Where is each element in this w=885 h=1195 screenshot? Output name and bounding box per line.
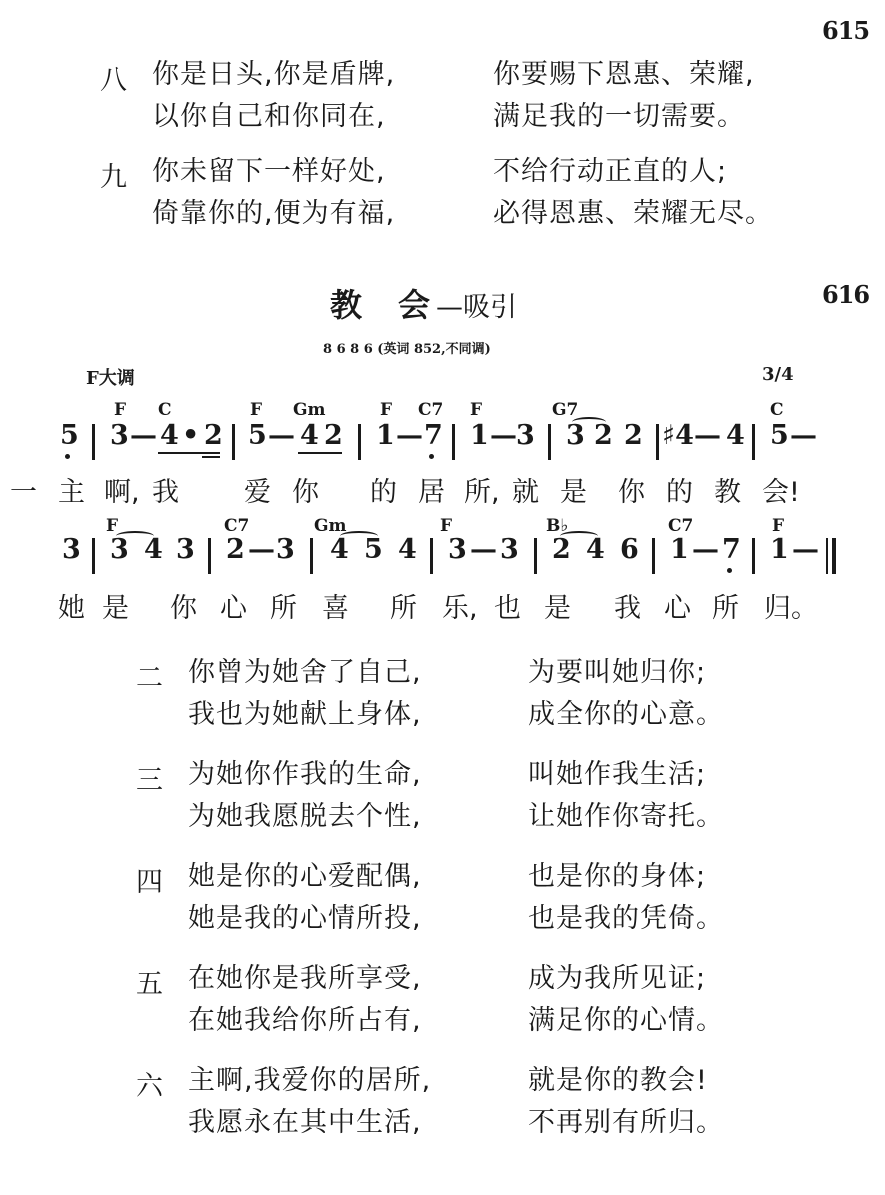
time-signature: 3/4 xyxy=(762,364,794,385)
note: 6 xyxy=(620,534,639,565)
verse-line-right: 满足你的心情。 xyxy=(528,1004,724,1038)
lyric: 就 xyxy=(512,470,539,509)
verse-line-left: 倚靠你的,便为有福, xyxy=(152,197,395,231)
barline xyxy=(430,538,433,574)
lyric: 是 xyxy=(560,470,587,509)
hymn-title: 教 会 xyxy=(330,286,432,324)
dash: — xyxy=(396,420,423,451)
chord: C xyxy=(770,400,784,420)
note: 5 xyxy=(248,420,267,451)
note: 3 xyxy=(566,420,585,451)
lyric: 的 xyxy=(666,470,693,509)
verse-number: 六 xyxy=(136,1064,163,1103)
chord: F xyxy=(380,400,392,420)
verse-line-right: 成全你的心意。 xyxy=(528,698,724,732)
note: 2 xyxy=(552,534,571,565)
note: 2 xyxy=(594,420,613,451)
chord: C xyxy=(158,400,172,420)
verse-number: 九 xyxy=(100,155,127,194)
chord: F xyxy=(114,400,126,420)
title-dash: — xyxy=(436,292,463,323)
verse-line-right: 必得恩惠、荣耀无尽。 xyxy=(493,197,773,231)
chord: C7 xyxy=(224,516,249,536)
hymn-subtitle: 吸引 xyxy=(463,292,517,323)
verse-line-right: 成为我所见证; xyxy=(528,962,706,996)
hymn-number: 616 xyxy=(822,280,869,309)
verse-line-left: 我愿永在其中生活, xyxy=(188,1106,422,1140)
note: 1 xyxy=(470,420,489,451)
underline-eighth xyxy=(158,452,220,454)
note: 4 xyxy=(586,534,605,565)
barline xyxy=(208,538,211,574)
dash: — xyxy=(790,420,817,451)
lyric: 一 xyxy=(10,470,37,509)
lyric: 我 xyxy=(152,470,179,509)
dash: — xyxy=(130,420,157,451)
note: 7 xyxy=(424,420,443,451)
underline-eighth xyxy=(298,452,342,454)
lyric: 心 xyxy=(220,586,247,625)
verse-line-right: 也是我的凭倚。 xyxy=(528,902,724,936)
note: 1 xyxy=(670,534,689,565)
lyric: 喜 xyxy=(322,586,349,625)
dash: — xyxy=(490,420,517,451)
barline xyxy=(652,538,655,574)
note: 7 xyxy=(722,534,741,565)
key-signature: F大调 xyxy=(86,364,135,390)
dash: — xyxy=(694,420,721,451)
verse-line-left: 你是日头,你是盾牌, xyxy=(152,58,395,92)
barline xyxy=(752,424,755,460)
note: 5 xyxy=(770,420,789,451)
lyric: 她 xyxy=(58,586,85,625)
lyric: 你 xyxy=(170,586,197,625)
chord: C7 xyxy=(668,516,693,536)
note: 3 xyxy=(176,534,195,565)
note: 4 xyxy=(144,534,163,565)
note: 3 xyxy=(500,534,519,565)
barline xyxy=(310,538,313,574)
barline xyxy=(92,424,95,460)
verse-line-right: 叫她作我生活; xyxy=(528,758,706,792)
verse-line-right: 也是你的身体; xyxy=(528,860,706,894)
note: 3 xyxy=(62,534,81,565)
lyric: 你 xyxy=(618,470,645,509)
chord: F xyxy=(440,516,452,536)
lyric: 是 xyxy=(102,586,129,625)
verse-line-right: 你要赐下恩惠、荣耀, xyxy=(493,58,755,92)
note: 5 xyxy=(60,420,79,451)
verse-line-left: 我也为她献上身体, xyxy=(188,698,422,732)
note: 2 xyxy=(624,420,643,451)
chord: F xyxy=(250,400,262,420)
barline xyxy=(548,424,551,460)
note: 2 xyxy=(226,534,245,565)
page-number-615: 615 xyxy=(822,16,869,45)
lyric: 居 xyxy=(418,470,445,509)
note: 3 xyxy=(516,420,535,451)
dash: — xyxy=(692,534,719,565)
lyric: 主 xyxy=(58,470,85,509)
note: 3 xyxy=(110,420,129,451)
verse-line-left: 她是我的心情所投, xyxy=(188,902,422,936)
note: 4 xyxy=(160,420,179,451)
chord: C7 xyxy=(418,400,443,420)
verse-number: 四 xyxy=(136,860,163,899)
barline xyxy=(656,424,659,460)
dash: — xyxy=(470,534,497,565)
note: 2 xyxy=(324,420,343,451)
verse-line-left: 为她我愿脱去个性, xyxy=(188,800,422,834)
barline xyxy=(452,424,455,460)
verse-line-left: 在她我给你所占有, xyxy=(188,1004,422,1038)
note: 4 xyxy=(726,420,745,451)
lyric: 归。 xyxy=(764,586,818,625)
verse-line-right: 满足我的一切需要。 xyxy=(493,100,745,134)
dash: — xyxy=(268,420,295,451)
lyric: 也 xyxy=(494,586,521,625)
lyric: 爱 xyxy=(244,470,271,509)
dot-augment: • xyxy=(182,420,199,451)
note: 1 xyxy=(770,534,789,565)
verse-line-left: 在她你是我所享受, xyxy=(188,962,422,996)
barline xyxy=(534,538,537,574)
lyric: 教 xyxy=(714,470,741,509)
lyric: 会! xyxy=(762,470,800,509)
verse-number: 三 xyxy=(136,758,163,797)
chord: F xyxy=(106,516,118,536)
barline xyxy=(752,538,755,574)
lyric: 所 xyxy=(712,586,739,625)
verse-line-right: 就是你的教会! xyxy=(528,1064,708,1098)
note: 2 xyxy=(204,420,223,451)
note: 5 xyxy=(364,534,383,565)
lyric: 乐, xyxy=(442,586,478,625)
low-octave-dot xyxy=(65,454,70,459)
verse-number: 二 xyxy=(136,656,163,695)
verse-line-left: 主啊,我爱你的居所, xyxy=(188,1064,431,1098)
note: 1 xyxy=(376,420,395,451)
note: 4 xyxy=(300,420,319,451)
verse-number: 八 xyxy=(100,58,127,97)
lyric: 你 xyxy=(292,470,319,509)
verse-line-left: 为她你作我的生命, xyxy=(188,758,422,792)
underline-sixteenth xyxy=(202,456,220,458)
note-sharp: ♯4 xyxy=(662,420,694,451)
chord: G7 xyxy=(552,400,578,420)
verse-line-left: 你未留下一样好处, xyxy=(152,155,386,189)
lyric: 我 xyxy=(614,586,641,625)
hymn-title-block: 教 会—吸引 xyxy=(330,280,517,326)
final-barline-thick xyxy=(832,538,836,574)
verse-line-right: 让她作你寄托。 xyxy=(528,800,724,834)
verse-line-right: 为要叫她归你; xyxy=(528,656,706,690)
verse-line-left: 你曾为她舍了自己, xyxy=(188,656,422,690)
note: 4 xyxy=(398,534,417,565)
dash: — xyxy=(792,534,819,565)
lyric: 所 xyxy=(270,586,297,625)
note: 3 xyxy=(448,534,467,565)
lyric: 所, xyxy=(464,470,500,509)
verse-line-left: 她是你的心爱配偶, xyxy=(188,860,422,894)
lyric: 心 xyxy=(664,586,691,625)
barline xyxy=(92,538,95,574)
lyric: 啊, xyxy=(104,470,140,509)
chord: Gm xyxy=(293,400,326,420)
barline xyxy=(358,424,361,460)
lyric: 是 xyxy=(544,586,571,625)
final-barline-thin xyxy=(826,538,828,574)
lyric: 所 xyxy=(390,586,417,625)
dash: — xyxy=(248,534,275,565)
low-octave-dot xyxy=(727,568,732,573)
note: 4 xyxy=(330,534,349,565)
verse-line-right: 不再别有所归。 xyxy=(528,1106,724,1140)
chord: F xyxy=(772,516,784,536)
lyric: 的 xyxy=(370,470,397,509)
chord: F xyxy=(470,400,482,420)
low-octave-dot xyxy=(429,454,434,459)
note: 3 xyxy=(110,534,129,565)
hymn-meter: 8 6 8 6 (英词 852,不同调) xyxy=(323,338,491,357)
verse-line-left: 以你自己和你同在, xyxy=(152,100,386,134)
verse-number: 五 xyxy=(136,962,163,1001)
barline xyxy=(232,424,235,460)
note: 3 xyxy=(276,534,295,565)
verse-line-right: 不给行动正直的人; xyxy=(493,155,727,189)
